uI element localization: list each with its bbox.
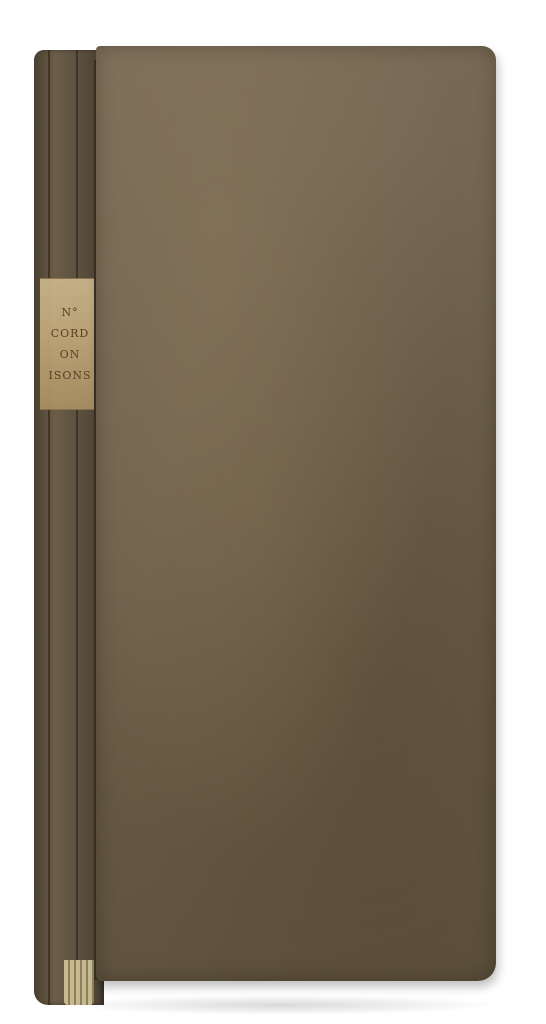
- spine-label-line: ISONS: [48, 369, 91, 382]
- spine-groove: [76, 50, 78, 1005]
- worn-page-edges: [64, 960, 94, 1005]
- front-cover: [96, 46, 496, 981]
- spine-label-line: ON: [60, 348, 81, 361]
- spine-groove: [48, 50, 50, 1005]
- book-photo: N° CORD ON ISONS: [0, 0, 546, 1024]
- book-shadow: [60, 995, 500, 1015]
- spine-label-line: CORD: [51, 327, 90, 340]
- spine-label-line: N°: [61, 306, 78, 319]
- spine-label: N° CORD ON ISONS: [40, 278, 100, 410]
